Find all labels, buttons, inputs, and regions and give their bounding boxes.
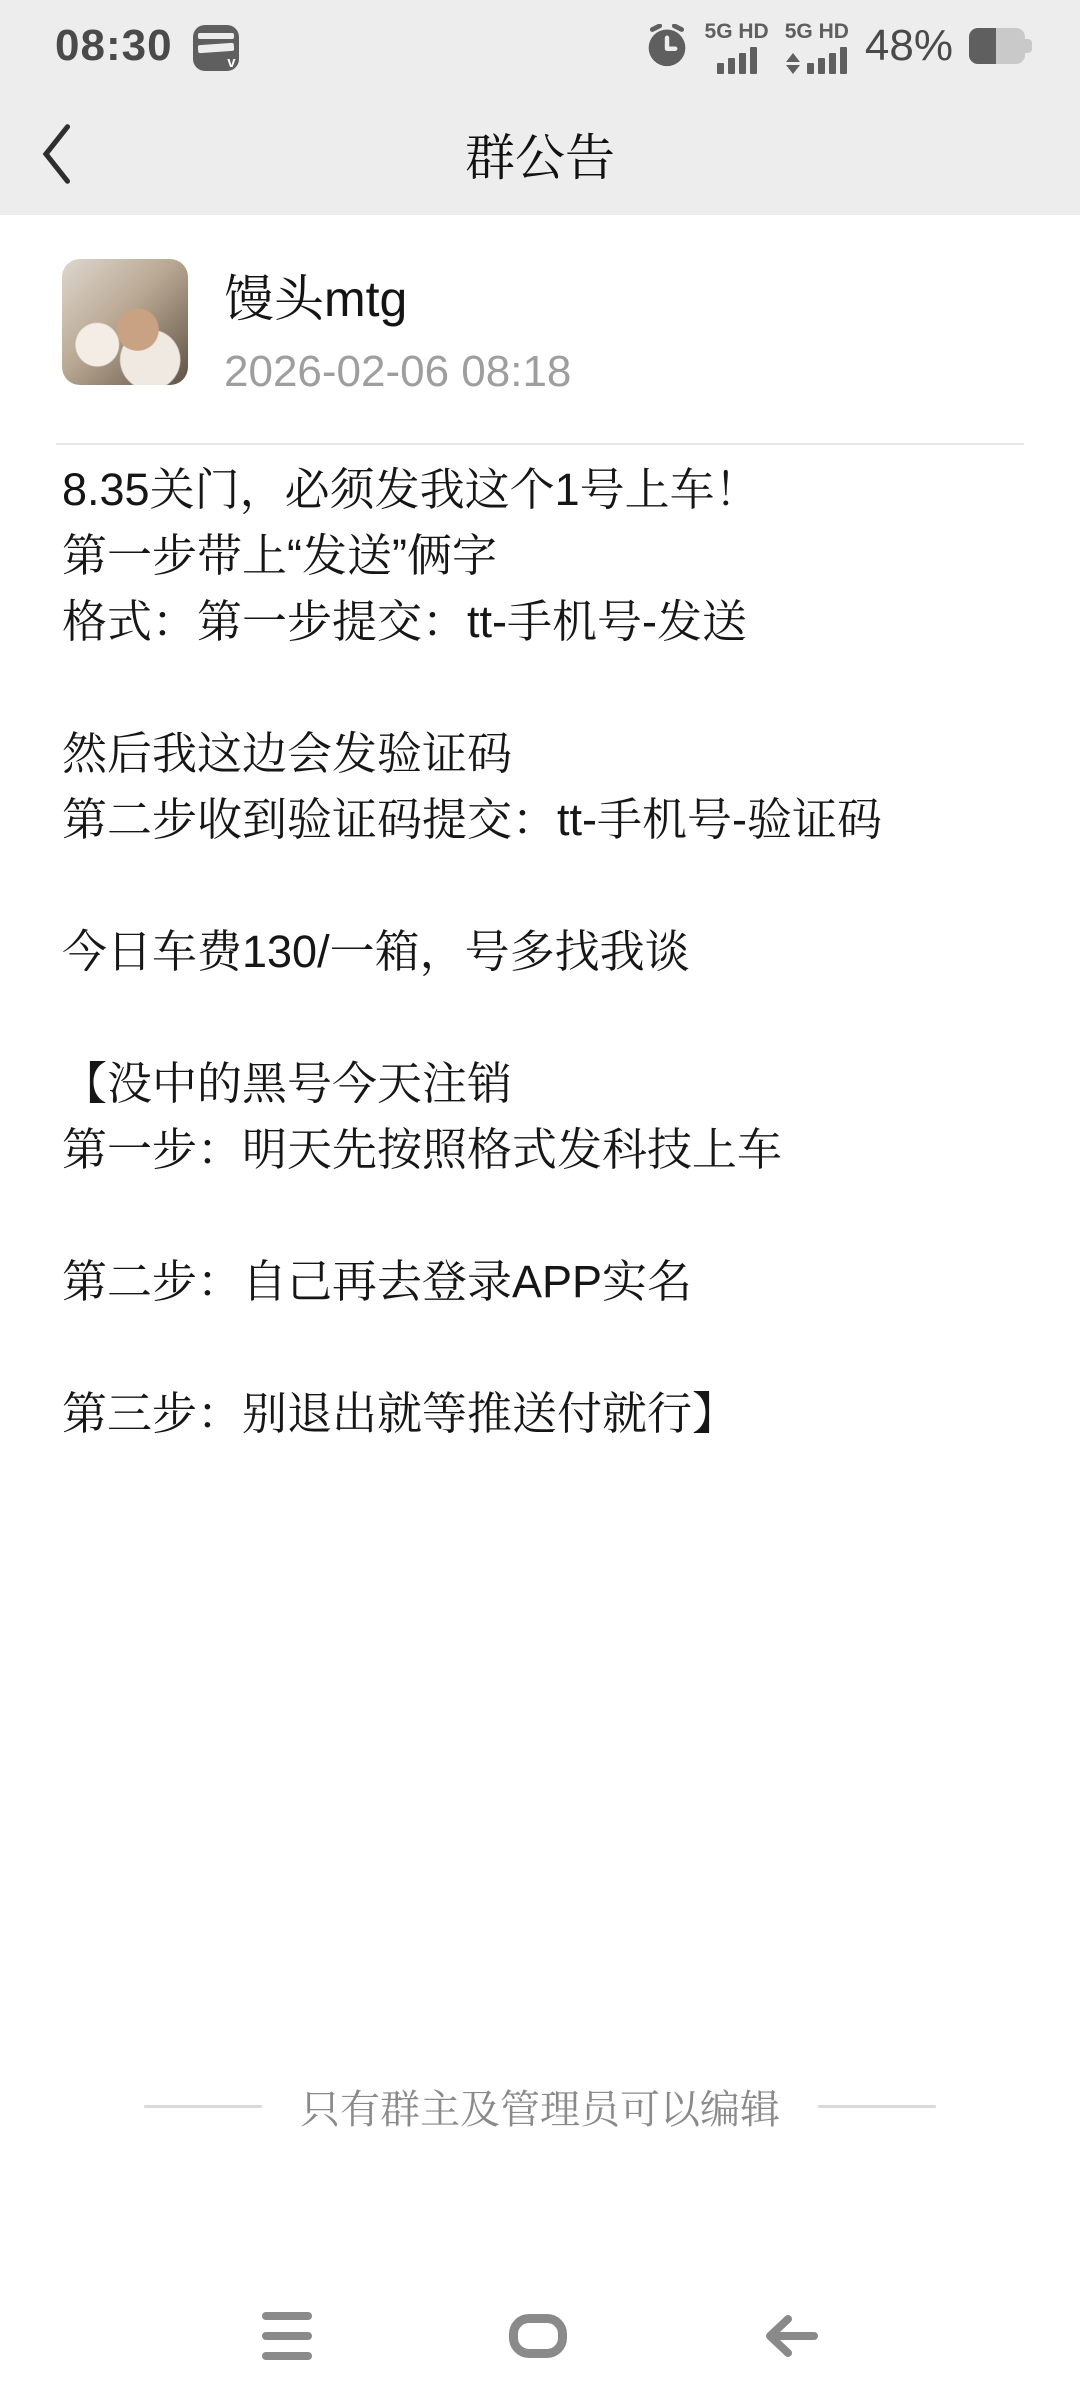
group-announcement-screen: 08:30 v 5G HD — [0, 0, 1080, 2400]
battery-fill — [969, 28, 996, 64]
signal-bar — [750, 47, 757, 74]
clock-time: 08:30 — [55, 21, 173, 71]
author-avatar — [62, 259, 188, 385]
decorative-line — [144, 2105, 262, 2108]
divider — [56, 443, 1024, 445]
announcement-line — [62, 1183, 1018, 1249]
alarm-clock-icon — [645, 24, 689, 68]
signal-bars-icon — [786, 47, 847, 74]
card-icon: v — [193, 25, 239, 71]
signal-bar — [818, 58, 825, 74]
announcement-line — [62, 985, 1018, 1051]
chevron-left-icon — [38, 122, 72, 186]
status-bar-right: 5G HD 5G HD — [645, 18, 1032, 74]
announcement-line — [62, 1315, 1018, 1381]
nav-back-button[interactable] — [764, 2313, 818, 2359]
announcement-line: 今日车费130/一箱，号多找我谈 — [62, 919, 1018, 985]
menu-bar — [262, 2352, 312, 2360]
signal-group-sim1: 5G HD — [705, 20, 769, 74]
announcement-line: 第一步：明天先按照格式发科技上车 — [62, 1117, 1018, 1183]
announcement-timestamp: 2026-02-06 08:18 — [224, 347, 571, 397]
signal-bar — [739, 53, 746, 74]
signal-bar — [728, 58, 735, 74]
announcement-line: 第二步收到验证码提交：tt-手机号-验证码 — [62, 787, 1018, 853]
signal-group-sim2: 5G HD — [785, 20, 849, 74]
signal-bar — [829, 53, 836, 74]
edit-permission-text: 只有群主及管理员可以编辑 — [300, 2078, 780, 2135]
status-bar: 08:30 v 5G HD — [0, 0, 1080, 92]
signal-bar — [840, 47, 847, 74]
signal-bars-icon — [717, 47, 757, 74]
author-name: 馒头mtg — [224, 259, 571, 331]
battery-icon — [969, 28, 1032, 64]
arrow-left-icon — [764, 2313, 818, 2359]
recents-button[interactable] — [262, 2312, 312, 2360]
announcement-line — [62, 655, 1018, 721]
battery-percent-label: 48% — [865, 21, 953, 71]
announcement-line: 格式：第一步提交：tt-手机号-发送 — [62, 589, 1018, 655]
announcement-line: 第二步：自己再去登录APP实名 — [62, 1249, 1018, 1315]
announcement-line — [62, 853, 1018, 919]
decorative-line — [818, 2105, 936, 2108]
announcement-line: 第一步带上“发送”俩字 — [62, 523, 1018, 589]
announcement-body: 8.35关门，必须发我这个1号上车！第一步带上“发送”俩字格式：第一步提交：tt… — [62, 457, 1018, 1447]
announcement-line: 【没中的黑号今天注销 — [62, 1051, 1018, 1117]
network-type-label: 5G HD — [705, 20, 769, 44]
battery-nub — [1025, 39, 1032, 53]
menu-bar — [262, 2332, 312, 2340]
card-icon-stripe — [197, 43, 233, 53]
announcement-author-row: 馒头mtg 2026-02-06 08:18 — [62, 259, 1020, 397]
page-title: 群公告 — [465, 118, 615, 190]
chevron-down-icon: v — [227, 55, 235, 70]
back-button[interactable] — [38, 114, 108, 194]
author-meta: 馒头mtg 2026-02-06 08:18 — [224, 259, 571, 397]
card-icon-stripe — [198, 33, 234, 39]
network-type-label: 5G HD — [785, 20, 849, 44]
battery-body — [969, 28, 1025, 64]
arrow-down-icon — [786, 65, 800, 74]
data-updown-icon — [786, 53, 800, 74]
android-nav-bar — [0, 2272, 1080, 2400]
signal-bar — [717, 63, 724, 74]
edit-permission-note: 只有群主及管理员可以编辑 — [0, 2078, 1080, 2135]
page-header: 群公告 — [0, 92, 1080, 215]
announcement-line: 8.35关门，必须发我这个1号上车！ — [62, 457, 1018, 523]
signal-bar — [807, 63, 814, 74]
arrow-up-icon — [786, 53, 800, 62]
announcement-line: 第三步：别退出就等推送付就行】 — [62, 1381, 1018, 1447]
home-button[interactable] — [509, 2314, 567, 2358]
menu-bar — [262, 2312, 312, 2320]
top-bar-area: 08:30 v 5G HD — [0, 0, 1080, 215]
announcement-line: 然后我这边会发验证码 — [62, 721, 1018, 787]
